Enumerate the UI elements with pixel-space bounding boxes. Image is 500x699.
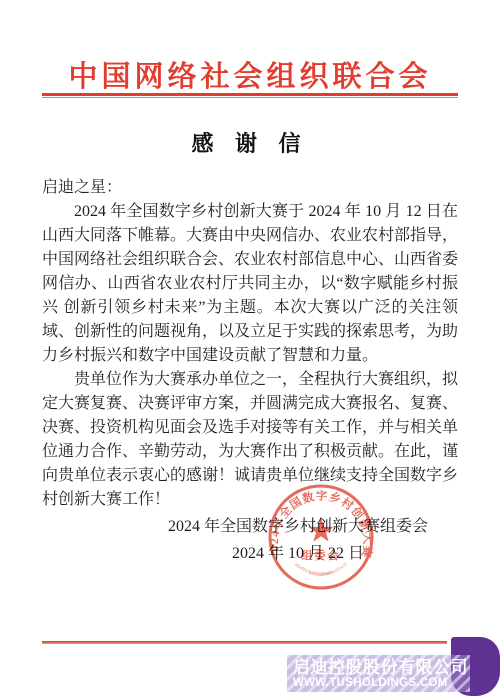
letter-title: 感 谢 信 bbox=[0, 127, 500, 158]
letterhead-rule-thick bbox=[42, 93, 458, 96]
letter-body: 启迪之星： 2024 年全国数字乡村创新大赛于 2024 年 10 月 12 日… bbox=[42, 176, 458, 512]
signature-org: 2024 年全国数字乡村创新大赛组委会 bbox=[168, 513, 428, 540]
tus-holdings-watermark: 启迪控股股份有限公司 WWW.TUSHOLDINGS.COM bbox=[287, 655, 470, 692]
seal-serial-arc-text: 11010210138651 bbox=[308, 570, 335, 577]
brand-name: 启迪控股股份有限公司 bbox=[293, 658, 470, 677]
letterhead-org-name: 中国网络社会组织联合会 bbox=[0, 54, 500, 95]
letterhead-rule-thin bbox=[42, 97, 458, 98]
salutation: 启迪之星： bbox=[42, 176, 458, 200]
signature-date: 2024 年 10 月 22 日 bbox=[168, 540, 428, 567]
paragraph-2: 贵单位作为大赛承办单位之一，全程执行大赛组织，拟定大赛复赛、决赛评审方案，并圆满… bbox=[42, 368, 458, 512]
signoff-block: 2024 年全国数字乡村创新大赛组委会 2024 年 10 月 22 日 bbox=[168, 513, 458, 567]
footer-rule bbox=[42, 641, 447, 644]
letter-page: 中国网络社会组织联合会 感 谢 信 启迪之星： 2024 年全国数字乡村创新大赛… bbox=[0, 0, 500, 699]
svg-text:11010210138651: 11010210138651 bbox=[308, 570, 335, 577]
paragraph-1: 2024 年全国数字乡村创新大赛于 2024 年 10 月 12 日在山西大同落… bbox=[42, 200, 458, 368]
brand-url: WWW.TUSHOLDINGS.COM bbox=[293, 677, 470, 690]
